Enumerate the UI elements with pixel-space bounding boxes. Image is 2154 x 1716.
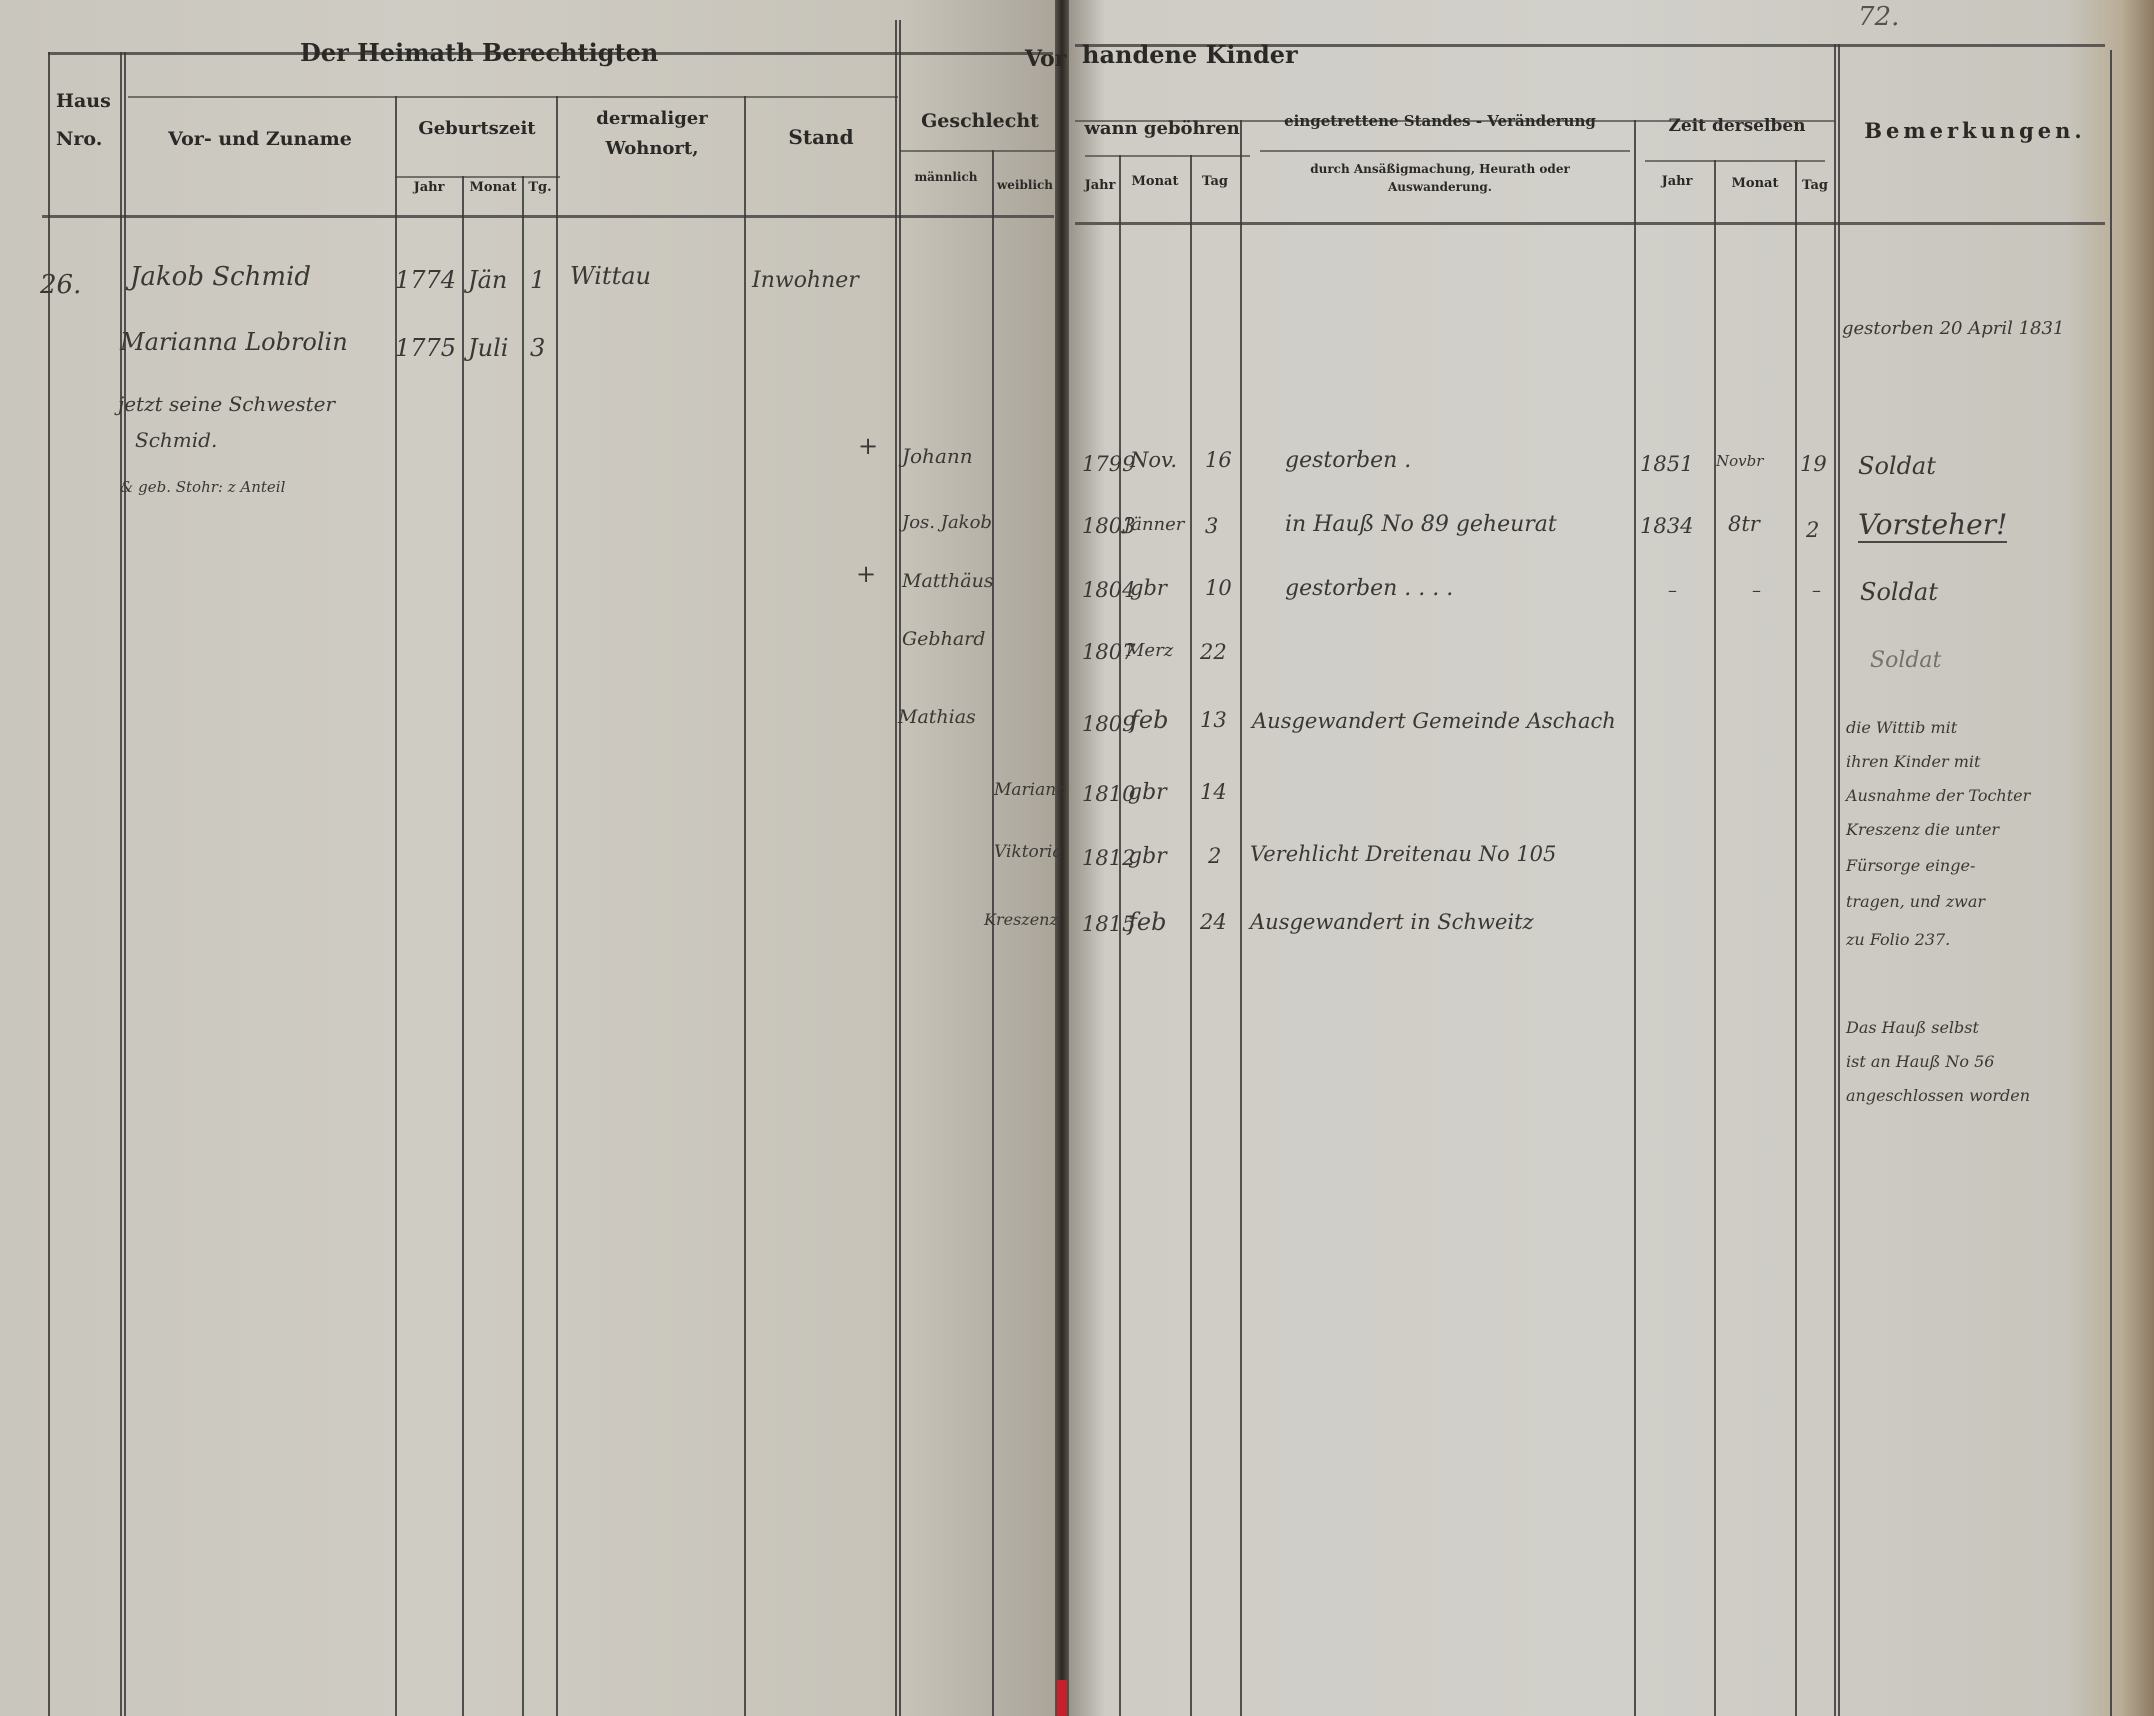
household-note-3: & geb. Stohr: z Anteil	[120, 478, 285, 496]
col-divider-haus	[120, 52, 122, 1716]
child-bemerkung: Soldat	[1870, 648, 1941, 673]
header-geburt-jahr: Jahr	[398, 180, 460, 195]
veraenderung-subrule	[1260, 150, 1630, 152]
mother-birth-month: Juli	[468, 334, 508, 362]
col-divider-wann	[1240, 120, 1242, 1716]
header-haus: Haus	[56, 90, 111, 112]
header-zeit-derselben: Zeit derselben	[1640, 116, 1834, 136]
header-heimath-berechtigten: Der Heimath Berechtigten	[300, 38, 658, 67]
child-birth-day: 22	[1200, 640, 1227, 664]
header-vor-und-zuname: Vor- und Zuname	[140, 128, 380, 150]
header-vorhandene-kinder: handene Kinder	[1082, 40, 1298, 69]
remark-line: Kreszenz die unter	[1846, 820, 1999, 839]
child-veraenderung: Ausgewandert in Schweitz	[1250, 910, 1534, 934]
header-geschlecht: Geschlecht	[905, 110, 1055, 132]
child-birth-day: 16	[1205, 448, 1232, 472]
child-birth-year: 1799	[1082, 452, 1135, 476]
remark-line: ist an Hauß No 56	[1846, 1052, 1994, 1071]
header-geburtszeit: Geburtszeit	[398, 118, 556, 139]
child-bemerkung: Soldat	[1858, 452, 1936, 480]
child-birth-day: 2	[1208, 844, 1221, 868]
child-birth-month: gbr	[1128, 780, 1167, 805]
mother-birth-day: 3	[530, 334, 545, 362]
body-rule-left	[42, 215, 1054, 218]
col-divider-veraenderung	[1634, 120, 1636, 1716]
child-male-name: Johann	[902, 444, 973, 468]
wohnort: Wittau	[570, 262, 651, 290]
header-maennlich: männlich	[902, 170, 990, 184]
header-veraenderung-sub1: durch Ansäßigmachung, Heurath oder	[1250, 162, 1630, 176]
child-birth-year: 1809	[1082, 712, 1135, 736]
child-birth-month: gbr	[1130, 576, 1167, 600]
deceased-mark: +	[858, 432, 878, 460]
child-birth-month: feb	[1128, 908, 1166, 936]
body-rule-right	[1075, 222, 2105, 225]
haus-nummer: 26.	[40, 270, 81, 300]
child-birth-day: 13	[1200, 708, 1227, 732]
child-bemerkung: Vorsteher!	[1858, 508, 2007, 543]
child-birth-day: 14	[1200, 780, 1227, 804]
child-zeit-tag: 2	[1806, 518, 1819, 542]
child-birth-month: gbr	[1128, 844, 1167, 869]
header-wann-tag: Tag	[1192, 174, 1238, 189]
child-zeit-monat: 8tr	[1728, 512, 1760, 536]
child-birth-year: 1804	[1082, 578, 1135, 602]
right-page	[1062, 0, 2154, 1716]
child-zeit-tag: –	[1812, 580, 1821, 601]
child-zeit-jahr: 1834	[1640, 514, 1693, 538]
child-birth-day: 24	[1200, 910, 1227, 934]
col-divider-zeit-monat	[1795, 160, 1797, 1716]
father-name: Jakob Schmid	[130, 262, 311, 292]
col-divider-stand-double	[899, 20, 901, 1716]
header-geburt-monat: Monat	[464, 180, 522, 195]
child-birth-month: Nov.	[1130, 448, 1177, 472]
child-female-name: Kreszenz	[984, 910, 1058, 929]
child-zeit-monat: –	[1752, 580, 1761, 601]
header-standes-veraenderung: eingetrettene Standes - Veränderung	[1250, 112, 1630, 130]
col-divider-geburt	[556, 96, 558, 1716]
child-male-name: Gebhard	[902, 628, 985, 650]
header-geburt-tag: Tg.	[524, 180, 556, 195]
child-bemerkung: Soldat	[1860, 578, 1938, 606]
mother-birth-year: 1775	[395, 334, 456, 362]
header-zeit-jahr: Jahr	[1640, 174, 1714, 189]
header-zeit-monat: Monat	[1716, 176, 1794, 191]
child-veraenderung: in Hauß No 89 geheurat	[1285, 512, 1557, 537]
header-wann-jahr: Jahr	[1082, 178, 1118, 193]
household-note-1: jetzt seine Schwester	[118, 392, 335, 416]
child-male-name: Jos. Jakob	[902, 512, 992, 533]
child-birth-day: 10	[1205, 576, 1232, 600]
father-birth-day: 1	[530, 266, 545, 294]
remark-line: angeschlossen worden	[1846, 1086, 2030, 1105]
header-veraenderung-sub2: Auswanderung.	[1250, 180, 1630, 194]
col-divider-haus-double	[124, 52, 126, 1716]
child-zeit-jahr: –	[1668, 580, 1677, 601]
remark-line: ihren Kinder mit	[1846, 752, 1980, 771]
stand: Inwohner	[752, 268, 859, 293]
col-divider-wann-monat	[1190, 155, 1192, 1716]
child-male-name: Matthäus	[902, 570, 994, 592]
remark-line: die Wittib mit	[1846, 718, 1957, 737]
col-divider-zeit-double	[1838, 44, 1840, 1716]
child-veraenderung: Verehlicht Dreitenau No 105	[1250, 842, 1556, 866]
left-page	[0, 0, 1062, 1716]
header-wohnort: Wohnort,	[560, 138, 744, 159]
child-veraenderung: gestorben . . . .	[1285, 576, 1453, 601]
geburtszeit-subrule	[395, 176, 560, 178]
header-bemerkungen: Bemerkungen.	[1842, 118, 2108, 143]
zeit-subrule	[1645, 160, 1825, 162]
col-divider-jahr	[462, 176, 464, 1716]
page-number: 72.	[1858, 2, 1899, 32]
wann-subrule	[1085, 155, 1250, 157]
child-zeit-jahr: 1851	[1640, 452, 1693, 476]
geschlecht-subrule	[900, 150, 1055, 152]
child-male-name: Mathias	[898, 706, 976, 728]
child-zeit-tag: 19	[1800, 452, 1827, 476]
child-birth-month: feb	[1130, 706, 1168, 734]
mother-name: Marianna Lobrolin	[120, 328, 348, 356]
remark-line: Fürsorge einge-	[1846, 856, 1975, 875]
col-divider-zeit-jahr	[1714, 160, 1716, 1716]
header-nro: Nro.	[56, 128, 102, 150]
child-birth-month: Merz	[1126, 640, 1173, 661]
col-divider-monat	[522, 176, 524, 1716]
child-female-name: Viktoria	[994, 842, 1062, 862]
col-divider-geschlecht	[992, 150, 994, 1716]
household-note-2: Schmid.	[135, 428, 217, 452]
header-dermaliger: dermaliger	[560, 108, 744, 129]
remark-line: tragen, und zwar	[1846, 892, 1985, 911]
child-veraenderung: Ausgewandert Gemeinde Aschach	[1252, 704, 1622, 738]
deceased-mark: +	[856, 560, 876, 588]
remark-line: Das Hauß selbst	[1846, 1018, 1979, 1037]
father-birth-month: Jän	[468, 266, 507, 294]
header-weiblich: weiblich	[995, 178, 1055, 192]
child-birth-day: 3	[1205, 514, 1218, 538]
bookmark-ribbon	[1057, 1680, 1067, 1716]
child-female-name: Mariann	[994, 780, 1067, 800]
father-birth-year: 1774	[395, 266, 456, 294]
col-border	[48, 52, 50, 1716]
header-wann-monat: Monat	[1121, 174, 1189, 189]
col-divider-stand	[895, 20, 897, 1716]
remark-line: zu Folio 237.	[1846, 930, 1950, 949]
col-divider-zeit	[1834, 44, 1836, 1716]
child-veraenderung: gestorben .	[1285, 448, 1411, 473]
remark-line: Ausnahme der Tochter	[1846, 786, 2030, 805]
col-border-right	[2110, 50, 2112, 1716]
header-zeit-tag: Tag	[1797, 178, 1833, 193]
child-birth-month: Jänner	[1124, 514, 1184, 535]
remark-top: gestorben 20 April 1831	[1842, 318, 2064, 339]
header-stand: Stand	[748, 125, 894, 149]
child-zeit-monat: Novbr	[1716, 452, 1763, 470]
header-rule-left	[128, 96, 898, 98]
header-wann-geboren: wann geböhren	[1082, 118, 1242, 139]
header-vor: Vor	[1025, 46, 1066, 72]
col-divider-wohnort	[744, 96, 746, 1716]
